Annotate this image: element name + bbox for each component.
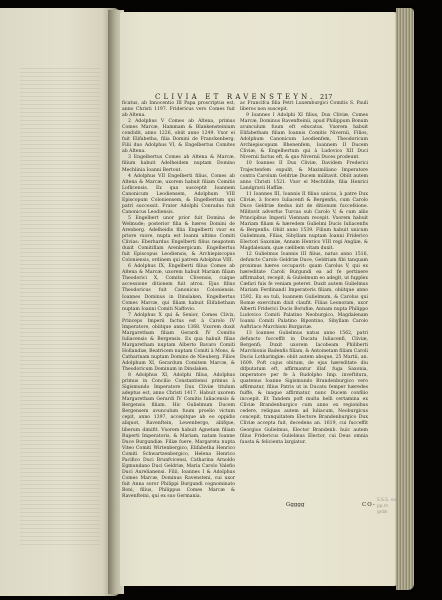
paragraph: 7 Adolphus X qui & Senior, Comes Clivix,… — [122, 313, 235, 373]
paragraph: 10 Ioannes II Dux Cliviæ, Davidem Freder… — [240, 161, 368, 191]
paragraph: 12 Gulielmus Ioannis III filius, natus a… — [240, 252, 368, 331]
paragraph: 11 Ioannes III, Ioannis II filius unicus… — [240, 192, 368, 252]
paragraph: 3 Engelbertus Comes ab Altena & Marcæ, f… — [122, 155, 235, 173]
text-column-left: ficatus, ab Innocentio III Papa proscrip… — [122, 101, 235, 500]
pencil-marginalia: S.S.S. no. pp.m gnbk — [377, 498, 397, 516]
paragraph: 6 Adolphus IX, Engelberti filius Comes a… — [122, 264, 235, 312]
facing-verso-page — [0, 8, 120, 596]
page-number: 217 — [320, 93, 332, 101]
catchword: CO- — [362, 502, 376, 508]
paragraph: 5 Engelbert unor prior fuit Domina de We… — [122, 216, 235, 264]
paragraph: ficatus, ab Innocentio III Papa proscrip… — [122, 101, 235, 119]
paragraph: 2 Adolphus V Comes ab Altena, primus Com… — [122, 119, 235, 155]
paragraph: 9 Ioannes I Adolphi XI filius, Dux Clivi… — [240, 113, 368, 161]
paragraph: 8 Adolphus XI, Adolphi filius, Adolphus … — [122, 373, 235, 500]
text-column-right: ac Francifca filia Petri Luxemburgici Co… — [240, 101, 368, 446]
marginalia-line: gnbk — [377, 510, 397, 516]
paragraph: 4 Adolphus VII Engelberti filius, Comes … — [122, 174, 235, 216]
page-fore-edge — [396, 8, 414, 590]
paragraph: 13 Ioannes Gulielmus natus anno 1562, pa… — [240, 331, 368, 446]
running-head: CLIVIA ET RAVENSTEYN. — [155, 93, 315, 101]
signature-mark: Ggggg — [286, 502, 304, 508]
verso-bleed-through — [20, 68, 100, 548]
paragraph: ac Francifca filia Petri Luxemburgici Co… — [240, 101, 368, 113]
